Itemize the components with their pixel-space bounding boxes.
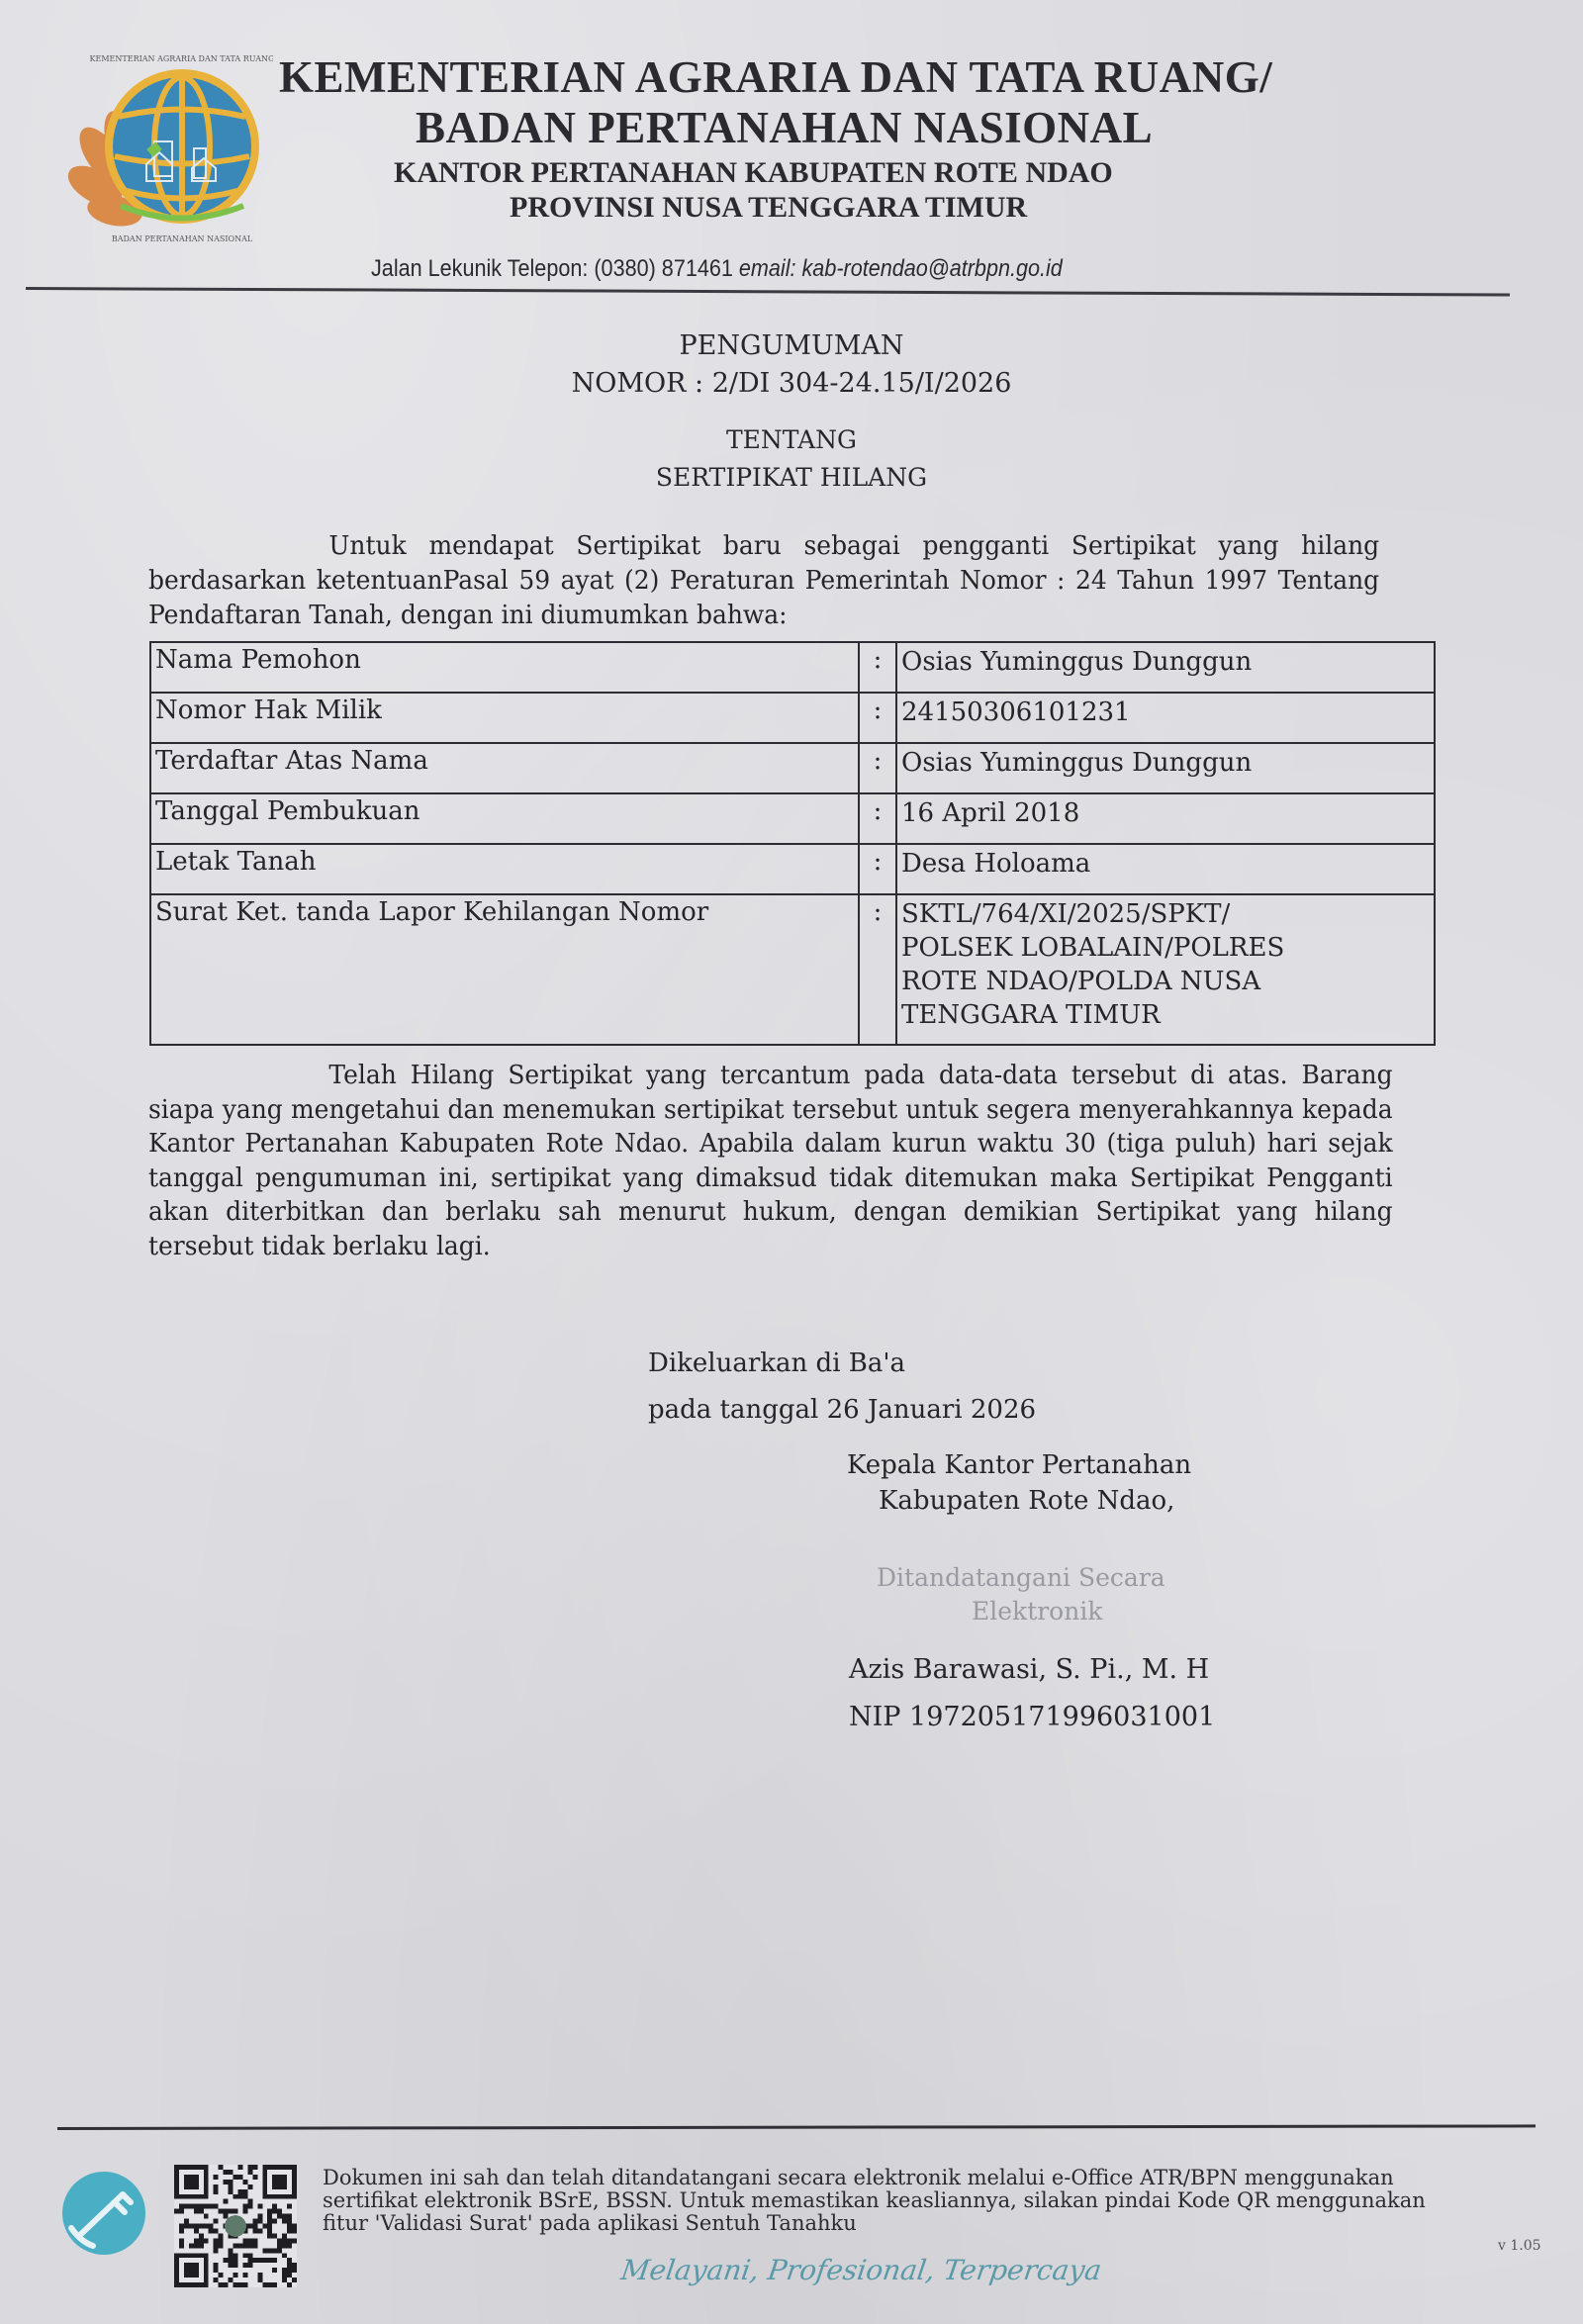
svg-text:KEMENTERIAN AGRARIA DAN TATA R: KEMENTERIAN AGRARIA DAN TATA RUANG xyxy=(90,54,273,63)
ministry-name: KEMENTERIAN AGRARIA DAN TATA RUANG/ xyxy=(279,51,1272,103)
footer-tagline: Melayani, Profesional, Terpercaya xyxy=(619,2254,1104,2286)
closing-text: Telah Hilang Sertipikat yang tercantum p… xyxy=(148,1061,1393,1261)
signatory-nip: NIP 197205171996031001 xyxy=(849,1702,1215,1732)
row-value: 16 April 2018 xyxy=(896,793,1435,844)
footer-text-line: sertifikat elektronik BSrE, BSSN. Untuk … xyxy=(323,2189,1549,2212)
row-value: SKTL/764/XI/2025/SPKT/POLSEK LOBALAIN/PO… xyxy=(896,894,1435,1045)
row-separator: : xyxy=(859,642,896,693)
document-subject: SERTIPIKAT HILANG xyxy=(0,463,1583,492)
row-label: Terdaftar Atas Nama xyxy=(150,743,859,793)
row-value: Osias Yuminggus Dunggun xyxy=(896,642,1435,693)
validation-qr-code[interactable] xyxy=(174,2165,297,2287)
table-row: Tanggal Pembukuan:16 April 2018 xyxy=(150,793,1435,844)
about-label: TENTANG xyxy=(0,425,1583,454)
row-separator: : xyxy=(859,743,896,793)
row-separator: : xyxy=(859,793,896,844)
document-number: NOMOR : 2/DI 304-24.15/I/2026 xyxy=(0,368,1583,399)
table-row: Letak Tanah:Desa Holoama xyxy=(150,844,1435,894)
row-separator: : xyxy=(859,693,896,743)
issued-date: pada tanggal 26 Januari 2026 xyxy=(648,1395,1036,1425)
intro-paragraph: Untuk mendapat Sertipikat baru sebagai p… xyxy=(148,529,1379,633)
row-label: Letak Tanah xyxy=(150,844,859,894)
table-row: Surat Ket. tanda Lapor Kehilangan Nomor:… xyxy=(150,894,1435,1045)
row-value-line: Osias Yuminggus Dunggun xyxy=(901,645,1428,679)
row-label: Surat Ket. tanda Lapor Kehilangan Nomor xyxy=(150,894,859,1045)
row-value-line: TENGGARA TIMUR xyxy=(901,998,1428,1032)
key-icon xyxy=(59,2169,148,2258)
footer-validation-text: Dokumen ini sah dan telah ditandatangani… xyxy=(323,2167,1549,2235)
template-version: v 1.05 xyxy=(1498,2238,1541,2254)
document-heading: PENGUMUMAN xyxy=(0,330,1583,361)
esign-note: Ditandatangani Secara xyxy=(877,1563,1165,1592)
row-value: Desa Holoama xyxy=(896,844,1435,894)
atr-bpn-logo-icon: KEMENTERIAN AGRARIA DAN TATA RUANG BADAN… xyxy=(55,47,273,245)
table-row: Terdaftar Atas Nama:Osias Yuminggus Dung… xyxy=(150,743,1435,793)
agency-name: BADAN PERTANAHAN NASIONAL xyxy=(416,102,1153,153)
footer-text-line: fitur 'Validasi Surat' pada aplikasi Sen… xyxy=(323,2212,1549,2235)
row-value-line: Osias Yuminggus Dunggun xyxy=(901,746,1428,780)
footer-divider xyxy=(57,2124,1536,2130)
row-value: Osias Yuminggus Dunggun xyxy=(896,743,1435,793)
row-label: Tanggal Pembukuan xyxy=(150,793,859,844)
certificate-details-table: Nama Pemohon:Osias Yuminggus DunggunNomo… xyxy=(149,641,1436,1046)
row-label: Nomor Hak Milik xyxy=(150,693,859,743)
row-value-line: POLSEK LOBALAIN/POLRES xyxy=(901,931,1428,965)
table-row: Nama Pemohon:Osias Yuminggus Dunggun xyxy=(150,642,1435,693)
row-separator: : xyxy=(859,894,896,1045)
issued-place: Dikeluarkan di Ba'a xyxy=(648,1348,905,1378)
row-value-line: 16 April 2018 xyxy=(901,796,1428,830)
esign-note-2: Elektronik xyxy=(972,1597,1102,1626)
footer-text-line: Dokumen ini sah dan telah ditandatangani… xyxy=(323,2167,1549,2189)
row-value-line: ROTE NDAO/POLDA NUSA xyxy=(901,965,1428,998)
signatory-office: Kabupaten Rote Ndao, xyxy=(879,1486,1174,1516)
row-value-line: Desa Holoama xyxy=(901,847,1428,881)
row-value-line: 24150306101231 xyxy=(901,696,1428,729)
address-phone: Jalan Lekunik Telepon: (0380) 871461 xyxy=(371,255,739,282)
province-name: PROVINSI NUSA TENGGARA TIMUR xyxy=(510,191,1027,225)
svg-text:BADAN PERTANAHAN NASIONAL: BADAN PERTANAHAN NASIONAL xyxy=(112,234,253,243)
closing-paragraph: Telah Hilang Sertipikat yang tercantum p… xyxy=(148,1059,1393,1263)
row-label: Nama Pemohon xyxy=(150,642,859,693)
signatory-name: Azis Barawasi, S. Pi., M. H xyxy=(849,1654,1209,1685)
row-separator: : xyxy=(859,844,896,894)
office-email: email: kab-rotendao@atrbpn.go.id xyxy=(739,255,1063,282)
signatory-position: Kepala Kantor Pertanahan xyxy=(847,1450,1191,1480)
office-address: Jalan Lekunik Telepon: (0380) 871461 ema… xyxy=(371,255,1063,283)
office-name: KANTOR PERTANAHAN KABUPATEN ROTE NDAO xyxy=(394,156,1113,190)
intro-text: Untuk mendapat Sertipikat baru sebagai p… xyxy=(148,531,1379,630)
table-row: Nomor Hak Milik: 24150306101231 xyxy=(150,693,1435,743)
letterhead-divider xyxy=(26,287,1510,297)
row-value-line: SKTL/764/XI/2025/SPKT/ xyxy=(901,897,1428,931)
row-value: 24150306101231 xyxy=(896,693,1435,743)
